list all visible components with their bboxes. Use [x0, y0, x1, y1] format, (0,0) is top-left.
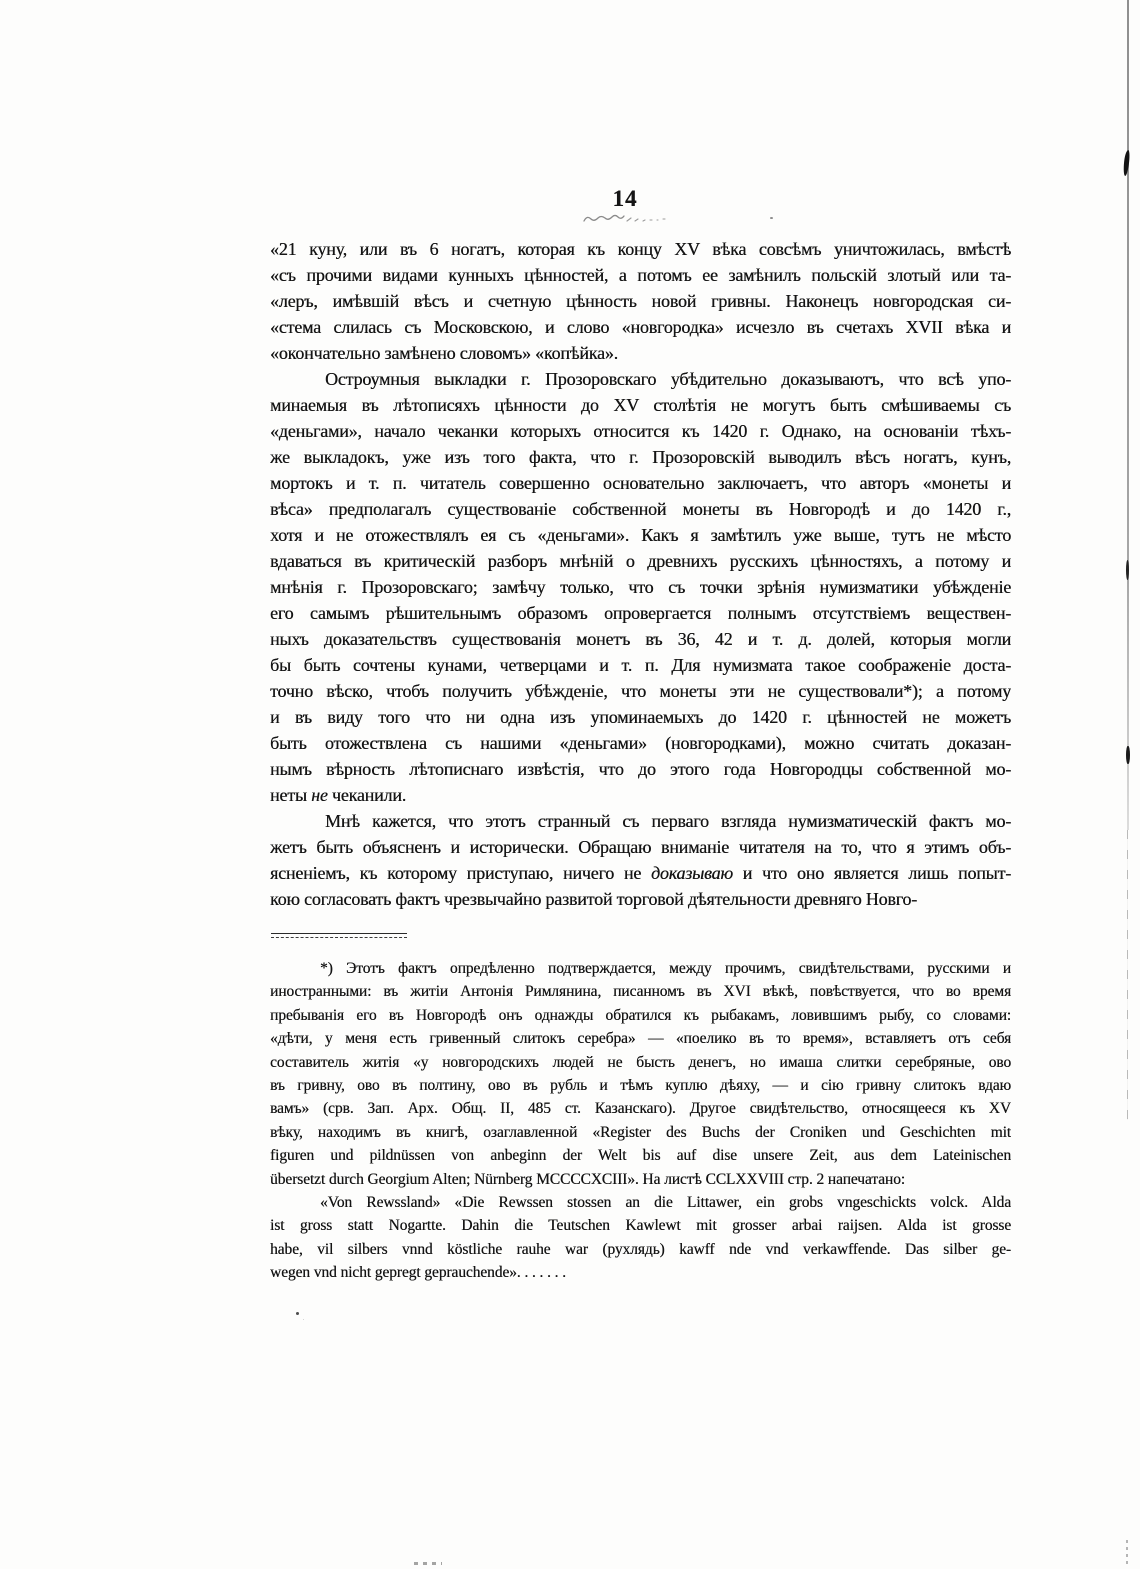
footnote-separator [271, 933, 407, 938]
main-text: «21 куну, или въ 6 ногатъ, которая къ ко… [270, 236, 1011, 912]
text-line: «окончательно замѣнено словомъ» «копѣйка… [270, 340, 1011, 366]
text-line: ныхъ доказательствъ существованія монетъ… [270, 626, 1011, 652]
text-line: «леръ, имѣвшій вѣсъ и счетную цѣнность н… [270, 288, 1011, 314]
paragraph: *) Этотъ фактъ опредѣленно подтверждаетс… [270, 957, 1011, 1191]
text-line: хотя и не отожествлялъ ея съ «деньгами».… [270, 522, 1011, 548]
paragraph: «21 куну, или въ 6 ногатъ, которая къ ко… [270, 236, 1011, 366]
text-line: «21 куну, или въ 6 ногатъ, которая къ ко… [270, 236, 1011, 262]
squiggle-decoration [583, 213, 683, 225]
text-line: *) Этотъ фактъ опредѣленно подтверждаетс… [270, 957, 1011, 980]
text-line: «стема слилась съ Московскою, и слово «н… [270, 314, 1011, 340]
paragraph: «Von Rewssland» «Die Rewssen stossen an … [270, 1191, 1011, 1285]
text-line: вамъ» (срв. Зап. Арх. Общ. II, 485 ст. К… [270, 1097, 1011, 1120]
paragraph: Мнѣ кажется, что этотъ странный съ перва… [270, 808, 1011, 912]
text-line: составитель житія «у новгородскихъ людей… [270, 1051, 1011, 1074]
text-line: вдаваться въ критическій разборъ мнѣній … [270, 548, 1011, 574]
text-line: мортокъ и т. п. читатель совершенно осно… [270, 470, 1011, 496]
text-line: Мнѣ кажется, что этотъ странный съ перва… [270, 808, 1011, 834]
paragraph: Остроумныя выкладки г. Прозоровскаго убѣ… [270, 366, 1011, 808]
text-line: wegen vnd nicht gepregt geprauchende». .… [270, 1261, 1011, 1284]
text-line: вѣку, находимъ въ книгѣ, озаглавленной «… [270, 1121, 1011, 1144]
text-line: Остроумныя выкладки г. Прозоровскаго убѣ… [270, 366, 1011, 392]
text-line: же выкладокъ, уже изъ того факта, что г.… [270, 444, 1011, 470]
book-page: 14 «21 куну, или въ 6 ногатъ, которая къ… [0, 0, 1140, 1569]
text-line: кою согласовать фактъ чрезвычайно развит… [270, 886, 1011, 912]
text-line: иностранными: въ житіи Антонія Римлянина… [270, 980, 1011, 1003]
text-line: быть отожествлена съ нашими «деньгами» (… [270, 730, 1011, 756]
ink-speck [1126, 1540, 1128, 1566]
text-line: übersetzt durch Georgium Alten; Nürnberg… [270, 1168, 1011, 1191]
text-line: минаемыя въ лѣтописяхъ цѣнности до XV ст… [270, 392, 1011, 418]
text-line: «деньгами», начало чеканки которыхъ отно… [270, 418, 1011, 444]
text-line: неты не чеканили. [270, 782, 1011, 808]
text-line: ясненіемъ, къ которому приступаю, ничего… [270, 860, 1011, 886]
text-line: figuren und pildnüssen von anbeginn der … [270, 1144, 1011, 1167]
text-line: точно вѣско, чтобъ получить убѣжденіе, ч… [270, 678, 1011, 704]
scan-edge-line-faint [1127, 830, 1128, 1120]
text-line: жетъ быть объясненъ и исторически. Обращ… [270, 834, 1011, 860]
ink-blob [1126, 746, 1130, 764]
text-line: habe, vil silbers vnnd köstliche rauhe w… [270, 1238, 1011, 1261]
text-line: вѣса» предполагалъ существованіе собстве… [270, 496, 1011, 522]
text-line: ist gross statt Nogartte. Dahin die Teut… [270, 1214, 1011, 1237]
page-number: 14 [595, 186, 655, 212]
text-line: «съ прочими видами кунныхъ цѣнностей, а … [270, 262, 1011, 288]
scan-edge-line [1127, 0, 1129, 830]
text-line: «Von Rewssland» «Die Rewssen stossen an … [270, 1191, 1011, 1214]
text-line: мнѣнія г. Прозоровскаго; замѣчу только, … [270, 574, 1011, 600]
footnote-text: *) Этотъ фактъ опредѣленно подтверждаетс… [270, 957, 1011, 1284]
text-line: пребыванія его въ Новгородѣ онъ однажды … [270, 1004, 1011, 1027]
text-line: его самымъ рѣшительнымъ образомъ опровер… [270, 600, 1011, 626]
ink-speck [296, 1312, 299, 1315]
text-line: въ гривну, ово въ полтину, ово въ рубль … [270, 1074, 1011, 1097]
ink-blob [1126, 560, 1129, 580]
ink-speck [414, 1562, 442, 1565]
text-line: бы быть сочтены кунами, четверцами и т. … [270, 652, 1011, 678]
ink-speck [770, 217, 773, 219]
text-line: и въ виду того что ни одна изъ упоминаем… [270, 704, 1011, 730]
ink-blob [1123, 150, 1131, 176]
text-line: нымъ вѣрность лѣтописнаго извѣстія, что … [270, 756, 1011, 782]
text-line: «дѣти, у меня есть гривенный слитокъ сер… [270, 1027, 1011, 1050]
